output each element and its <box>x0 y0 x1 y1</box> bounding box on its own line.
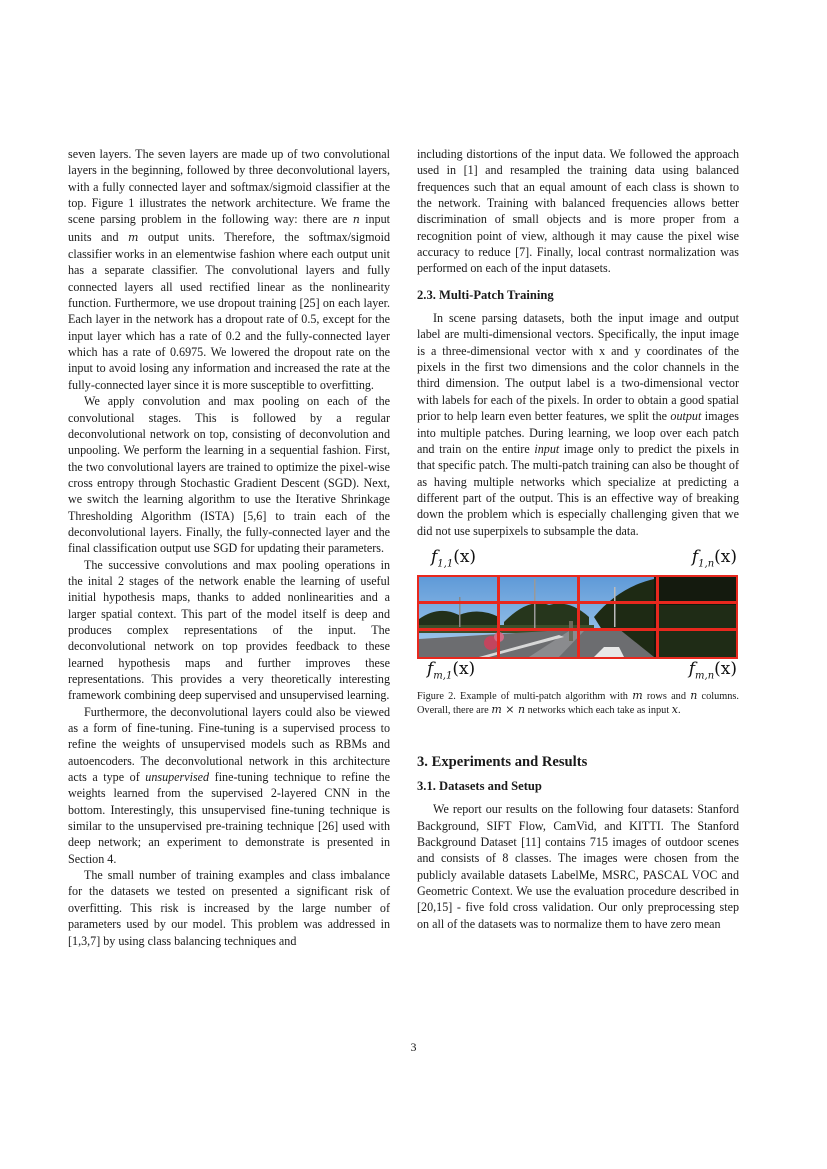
paragraph: We apply convolution and max pooling on … <box>68 393 390 556</box>
grid-line-horizontal <box>419 601 736 604</box>
section-heading-3: 3. Experiments and Results <box>417 754 739 770</box>
figure-2-caption: Figure 2. Example of multi-patch algorit… <box>417 689 739 718</box>
figure-2: f1,1(x) f1,n(x) <box>417 551 739 683</box>
left-column: seven layers. The seven layers are made … <box>68 146 390 949</box>
label-f-1-1: f1,1(x) <box>431 549 476 573</box>
paragraph: including distortions of the input data.… <box>417 146 739 277</box>
label-f-m-1: fm,1(x) <box>427 661 475 685</box>
section-heading-3-1: 3.1. Datasets and Setup <box>417 778 739 794</box>
grid-line-vertical <box>577 577 580 657</box>
paragraph: In scene parsing datasets, both the inpu… <box>417 310 739 539</box>
page-number: 3 <box>0 1040 827 1055</box>
paragraph: seven layers. The seven layers are made … <box>68 146 390 393</box>
right-column: including distortions of the input data.… <box>417 146 739 932</box>
grid-line-vertical <box>656 577 659 657</box>
section-heading-2-3: 2.3. Multi-Patch Training <box>417 287 739 303</box>
paragraph: Furthermore, the deconvolutional layers … <box>68 704 390 867</box>
label-f-1-n: f1,n(x) <box>692 549 737 573</box>
paragraph: The small number of training examples an… <box>68 867 390 949</box>
patch-grid-image <box>417 575 738 659</box>
paragraph: We report our results on the following f… <box>417 801 739 932</box>
paragraph: The successive convolutions and max pool… <box>68 557 390 704</box>
grid-line-horizontal <box>419 628 736 631</box>
grid-line-vertical <box>497 577 500 657</box>
label-f-m-n: fm,n(x) <box>689 661 737 685</box>
